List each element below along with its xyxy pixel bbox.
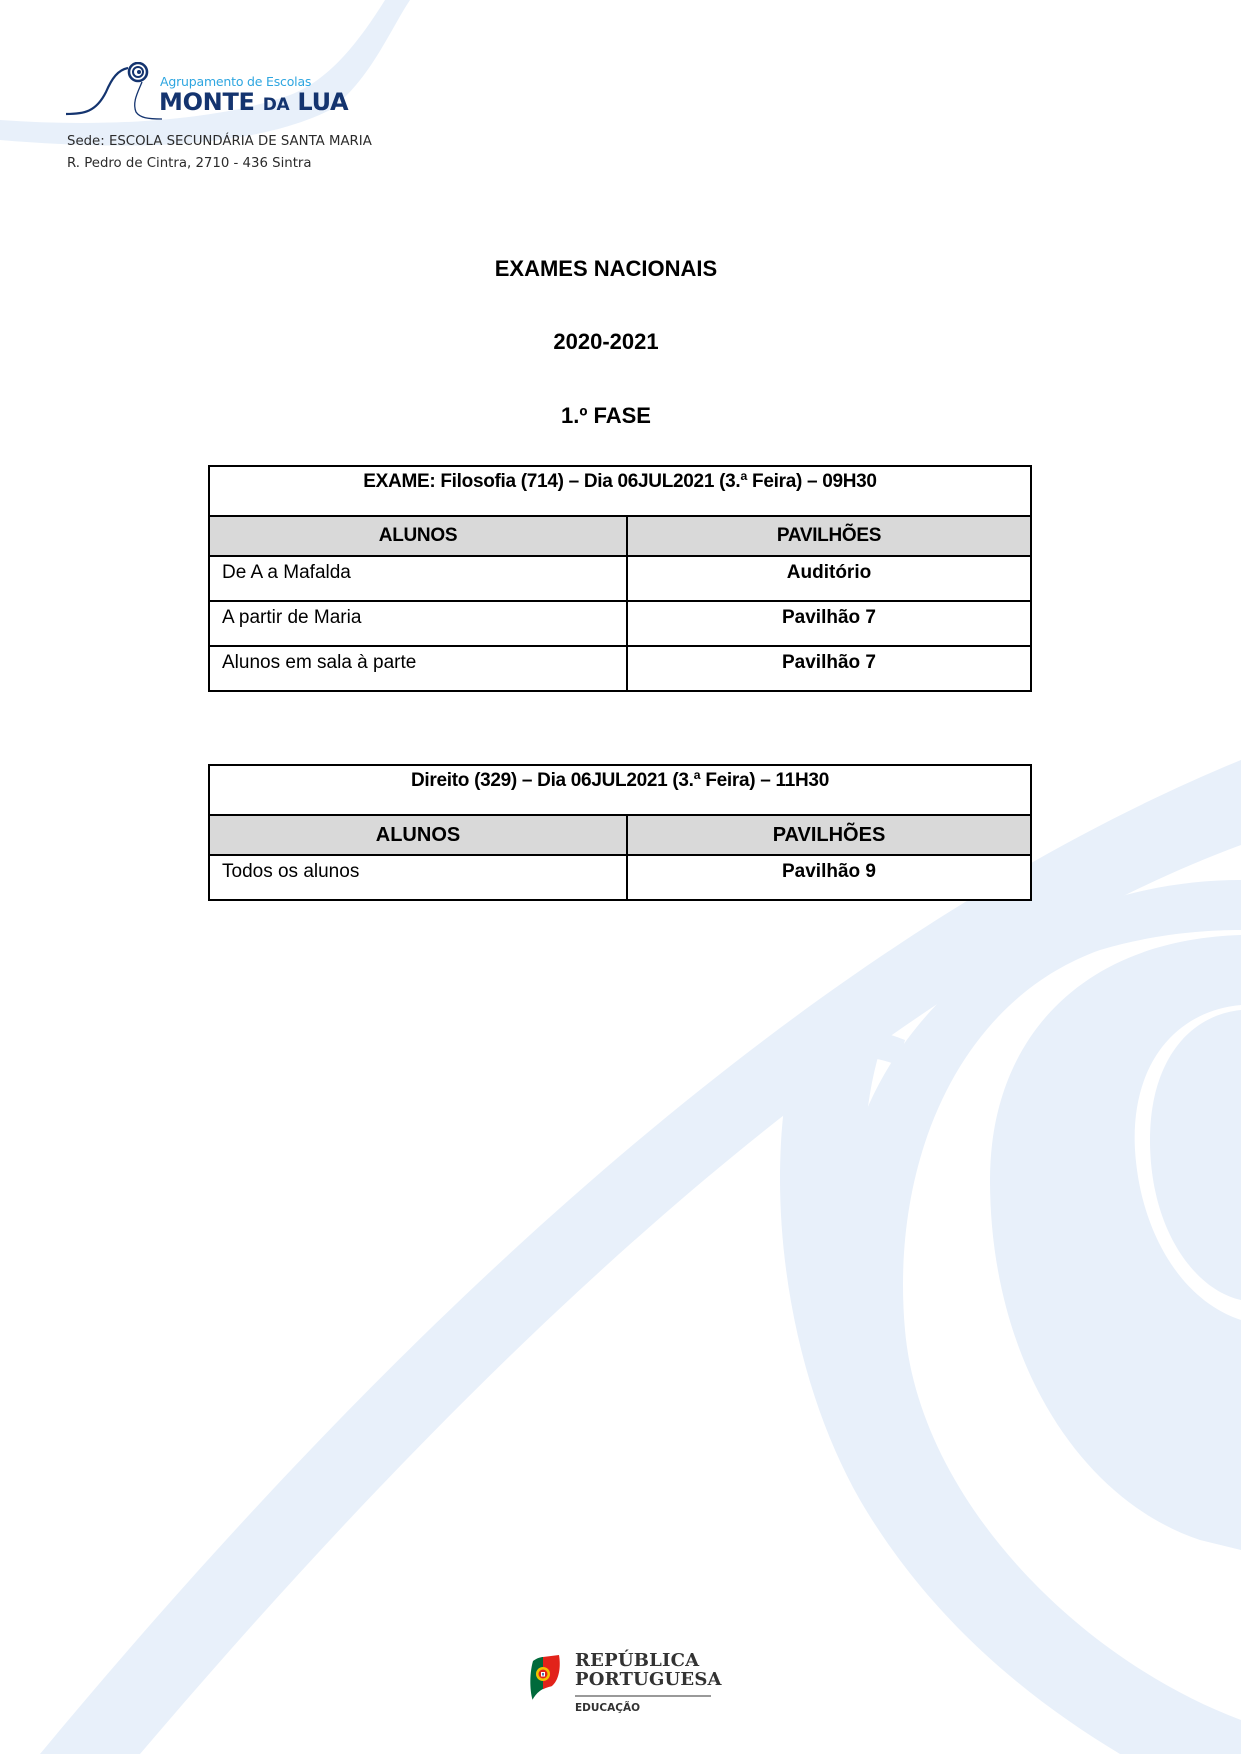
- table-row: Alunos em sala à parte Pavilhão 7: [209, 646, 1031, 691]
- republica-portuguesa-text: REPÚBLICA PORTUGUESA: [575, 1651, 722, 1689]
- column-header-pavilhoes: PAVILHÕES: [627, 815, 1031, 855]
- exam-table-direito: Direito (329) – Dia 06JUL2021 (3.ª Feira…: [208, 764, 1032, 901]
- pavilion-cell: Pavilhão 9: [627, 855, 1031, 900]
- column-header-alunos: ALUNOS: [209, 815, 627, 855]
- exam-caption: EXAME: Filosofia (714) – Dia 06JUL2021 (…: [209, 466, 1031, 516]
- pavilion-cell: Pavilhão 7: [627, 601, 1031, 646]
- students-cell: Alunos em sala à parte: [209, 646, 627, 691]
- pavilion-cell: Pavilhão 7: [627, 646, 1031, 691]
- table-row: A partir de Maria Pavilhão 7: [209, 601, 1031, 646]
- exam-phase: 1.º FASE: [0, 403, 1212, 429]
- table-row: De A a Mafalda Auditório: [209, 556, 1031, 601]
- logo-name-lua: LUA: [289, 88, 348, 116]
- students-cell: Todos os alunos: [209, 855, 627, 900]
- school-logo: Agrupamento de Escolas MONTE DA LUA: [66, 62, 366, 122]
- pavilion-cell: Auditório: [627, 556, 1031, 601]
- portugal-flag-icon: [527, 1655, 567, 1703]
- school-sede: Sede: ESCOLA SECUNDÁRIA DE SANTA MARIA: [67, 134, 372, 149]
- logo-name-da: DA: [263, 95, 290, 115]
- logo-name: MONTE DA LUA: [159, 88, 348, 116]
- column-header-pavilhoes: PAVILHÕES: [627, 516, 1031, 556]
- footer-divider: [575, 1695, 711, 1697]
- exam-caption: Direito (329) – Dia 06JUL2021 (3.ª Feira…: [209, 765, 1031, 815]
- students-cell: A partir de Maria: [209, 601, 627, 646]
- table-row: Todos os alunos Pavilhão 9: [209, 855, 1031, 900]
- document-title: EXAMES NACIONAIS: [0, 256, 1212, 282]
- column-header-alunos: ALUNOS: [209, 516, 627, 556]
- school-address: R. Pedro de Cintra, 2710 - 436 Sintra: [67, 156, 312, 171]
- footer-line-republica: REPÚBLICA: [575, 1651, 722, 1670]
- republica-portuguesa-logo: REPÚBLICA PORTUGUESA EDUCAÇÃO: [527, 1651, 727, 1731]
- exam-table-filosofia: EXAME: Filosofia (714) – Dia 06JUL2021 (…: [208, 465, 1032, 692]
- footer-line-portuguesa: PORTUGUESA: [575, 1670, 722, 1689]
- monte-da-lua-logo-icon: [66, 62, 166, 122]
- logo-name-monte: MONTE: [159, 88, 263, 116]
- logo-subtitle: Agrupamento de Escolas: [160, 74, 311, 89]
- school-year: 2020-2021: [0, 329, 1212, 355]
- students-cell: De A a Mafalda: [209, 556, 627, 601]
- footer-line-educacao: EDUCAÇÃO: [575, 1702, 640, 1714]
